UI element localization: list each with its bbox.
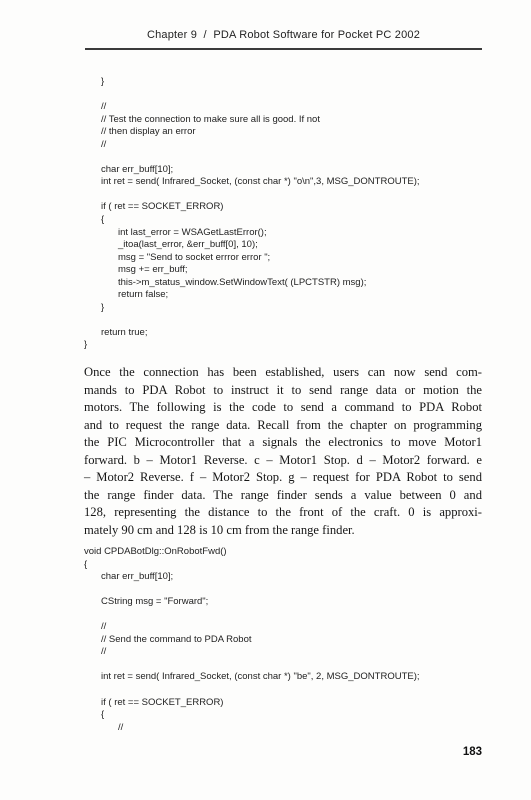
para-line: Once the connection has been established… xyxy=(84,364,482,382)
para-line: mands to PDA Robot to instruct it to sen… xyxy=(84,382,482,400)
chapter-header-title: Chapter 9 / PDA Robot Software for Pocke… xyxy=(85,29,482,41)
code-line: { xyxy=(84,709,488,722)
code-line: // Send the command to PDA Robot xyxy=(84,634,488,647)
code-line: int ret = send( Infrared_Socket, (const … xyxy=(84,671,488,684)
code-line: // xyxy=(84,722,488,735)
code-line: { xyxy=(84,559,488,572)
code-line xyxy=(84,659,488,672)
code-block-onrobotfwd: void CPDABotDlg::OnRobotFwd(){char err_b… xyxy=(84,546,488,734)
code-line xyxy=(84,684,488,697)
code-line: // xyxy=(84,139,488,152)
code-line xyxy=(84,584,488,597)
para-line: the PIC Microcontroller that a signals t… xyxy=(84,434,482,452)
code-line: } xyxy=(84,302,488,315)
para-line: 128, representing the distance to the fr… xyxy=(84,504,482,522)
code-line: int ret = send( Infrared_Socket, (const … xyxy=(84,176,488,189)
code-line xyxy=(84,189,488,202)
code-line: if ( ret == SOCKET_ERROR) xyxy=(84,697,488,710)
code-line: // Test the connection to make sure all … xyxy=(84,114,488,127)
code-line: char err_buff[10]; xyxy=(84,164,488,177)
code-line xyxy=(84,609,488,622)
body-paragraph: Once the connection has been established… xyxy=(84,364,482,539)
code-line: { xyxy=(84,214,488,227)
code-line: this->m_status_window.SetWindowText( (LP… xyxy=(84,277,488,290)
code-line: int last_error = WSAGetLastError(); xyxy=(84,227,488,240)
para-line: and to request the range data. Recall fr… xyxy=(84,417,482,435)
para-line: mately 90 cm and 128 is 10 cm from the r… xyxy=(84,522,482,540)
code-line: // xyxy=(84,101,488,114)
code-line: return true; xyxy=(84,327,488,340)
code-line: // xyxy=(84,621,488,634)
code-line: // xyxy=(84,646,488,659)
code-line: if ( ret == SOCKET_ERROR) xyxy=(84,201,488,214)
code-line: msg = "Send to socket errror error "; xyxy=(84,252,488,265)
code-line: } xyxy=(84,339,488,352)
code-line: msg += err_buff; xyxy=(84,264,488,277)
code-line: _itoa(last_error, &err_buff[0], 10); xyxy=(84,239,488,252)
code-line: // then display an error xyxy=(84,126,488,139)
para-line: motors. The following is the code to sen… xyxy=(84,399,482,417)
book-page: Chapter 9 / PDA Robot Software for Pocke… xyxy=(0,0,531,800)
code-line: } xyxy=(84,76,488,89)
page-number: 183 xyxy=(433,746,482,758)
code-line: return false; xyxy=(84,289,488,302)
code-line xyxy=(84,314,488,327)
para-line: – Motor2 Reverse. f – Motor2 Stop. g – r… xyxy=(84,469,482,487)
code-line: void CPDABotDlg::OnRobotFwd() xyxy=(84,546,488,559)
code-line: CString msg = "Forward"; xyxy=(84,596,488,609)
code-line xyxy=(84,89,488,102)
para-line: forward. b – Motor1 Reverse. c – Motor1 … xyxy=(84,452,482,470)
code-line: char err_buff[10]; xyxy=(84,571,488,584)
code-block-connection-test: } //// Test the connection to make sure … xyxy=(84,76,488,352)
code-line xyxy=(84,151,488,164)
header-rule xyxy=(85,48,482,50)
para-line: the range finder data. The range finder … xyxy=(84,487,482,505)
